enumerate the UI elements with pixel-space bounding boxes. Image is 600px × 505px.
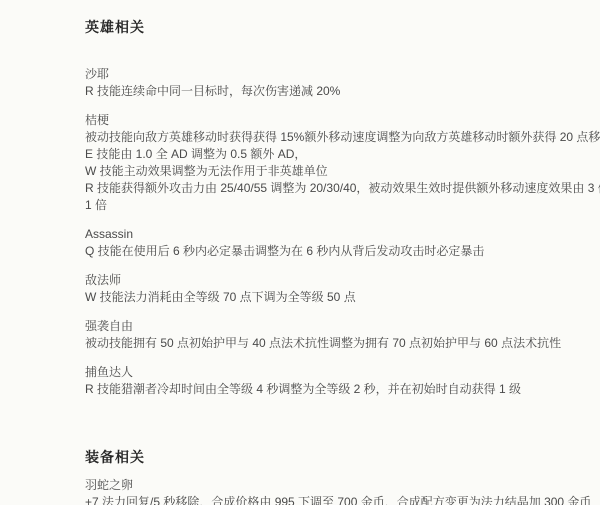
hero-block-shaye: 沙耶 R 技能连续命中同一目标时，每次伤害递减 20% xyxy=(85,66,582,100)
change-line: 被动技能向敌方英雄移动时获得获得 15%额外移动速度调整为向敌方英雄移动时额外获… xyxy=(85,129,582,146)
change-line: R 技能猎潮者冷却时间由全等级 4 秒调整为全等级 2 秒，并在初始时自动获得 … xyxy=(85,381,582,398)
change-line: W 技能主动效果调整为无法作用于非英雄单位 xyxy=(85,163,582,180)
section-heading-item-changes: 装备相关 xyxy=(85,448,582,466)
change-line: R 技能获得额外攻击力由 25/40/55 调整为 20/30/40，被动效果生… xyxy=(85,180,582,197)
change-line: E 技能由 1.0 全 AD 调整为 0.5 额外 AD， xyxy=(85,146,582,163)
hero-block-jiegeng: 桔梗 被动技能向敌方英雄移动时获得获得 15%额外移动速度调整为向敌方英雄移动时… xyxy=(85,112,582,214)
hero-name: 敌法师 xyxy=(85,272,582,289)
change-line: 1 倍 xyxy=(85,197,582,214)
hero-name: 桔梗 xyxy=(85,112,582,129)
hero-name: 沙耶 xyxy=(85,66,582,83)
change-line: 被动技能拥有 50 点初始护甲与 40 点法术抗性调整为拥有 70 点初始护甲与… xyxy=(85,335,582,352)
change-line: +7 法力回复/5 秒移除，合成价格由 995 下调至 700 金币，合成配方变… xyxy=(85,494,582,505)
change-line: Q 技能在使用后 6 秒内必定暴击调整为在 6 秒内从背后发动攻击时必定暴击 xyxy=(85,243,582,260)
hero-name: 捕鱼达人 xyxy=(85,364,582,381)
hero-block-difashi: 敌法师 W 技能法力消耗由全等级 70 点下调为全等级 50 点 xyxy=(85,272,582,306)
hero-block-buyu-daren: 捕鱼达人 R 技能猎潮者冷却时间由全等级 4 秒调整为全等级 2 秒，并在初始时… xyxy=(85,364,582,398)
hero-name: Assassin xyxy=(85,226,582,243)
hero-name: 强袭自由 xyxy=(85,318,582,335)
change-line: W 技能法力消耗由全等级 70 点下调为全等级 50 点 xyxy=(85,289,582,306)
hero-block-qiangxi-ziyou: 强袭自由 被动技能拥有 50 点初始护甲与 40 点法术抗性调整为拥有 70 点… xyxy=(85,318,582,352)
section-heading-hero-changes: 英雄相关 xyxy=(85,18,582,36)
item-name: 羽蛇之卵 xyxy=(85,477,582,494)
change-line: R 技能连续命中同一目标时，每次伤害递减 20% xyxy=(85,83,582,100)
patch-notes-page: 英雄相关 沙耶 R 技能连续命中同一目标时，每次伤害递减 20% 桔梗 被动技能… xyxy=(0,0,600,505)
item-block-yushe-zhiluan: 羽蛇之卵 +7 法力回复/5 秒移除，合成价格由 995 下调至 700 金币，… xyxy=(85,477,582,505)
hero-block-assassin: Assassin Q 技能在使用后 6 秒内必定暴击调整为在 6 秒内从背后发动… xyxy=(85,226,582,260)
